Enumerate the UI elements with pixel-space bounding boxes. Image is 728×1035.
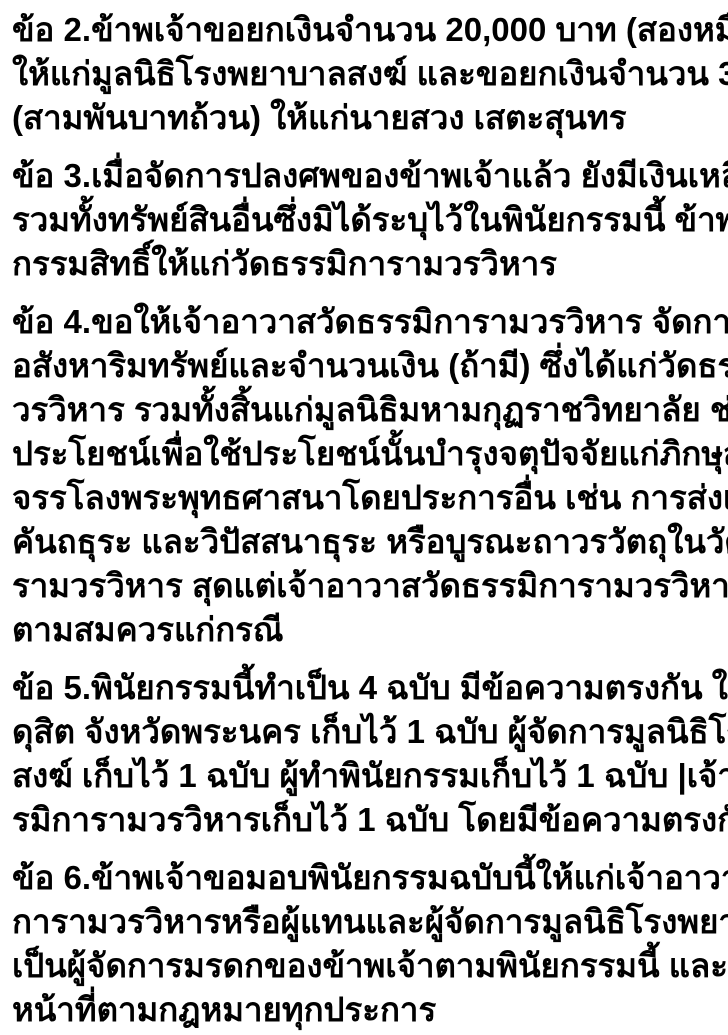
document-page: ข้อ 2.ข้าพเจ้าขอยกเงินจำนวน 20,000 บาท (… <box>0 0 728 1035</box>
text-line: ข้อ 3.เมื่อจัดการปลงศพของข้าพเจ้าแล้ว ยั… <box>12 154 724 198</box>
paragraph-clause-6: ข้อ 6.ข้าพเจ้าขอมอบพินัยกรรมฉบับนี้ให้แก… <box>12 856 724 1032</box>
text-line: ดุสิต จังหวัดพระนคร เก็บไว้ 1 ฉบับ ผู้จั… <box>12 710 724 754</box>
paragraph-clause-4: ข้อ 4.ขอให้เจ้าอาวาสวัดธรรมิการามวรวิหาร… <box>12 300 724 652</box>
text-line: ให้แก่มูลนิธิโรงพยาบาลสงฆ์ และขอยกเงินจำ… <box>12 52 724 96</box>
text-line: จรรโลงพระพุทธศาสนาโดยประการอื่น เช่น การ… <box>12 476 724 520</box>
text-line: ข้อ 5.พินัยกรรมนี้ทำเป็น 4 ฉบับ มีข้อควา… <box>12 666 724 710</box>
text-line: รวมทั้งทรัพย์สินอื่นซึ่งมิได้ระบุไว้ในพิ… <box>12 198 724 242</box>
text-line: รามวรวิหาร สุดแต่เจ้าอาวาสวัดธรรมิการามว… <box>12 564 724 608</box>
text-line: (สามพันบาทถ้วน) ให้แก่นายสวง เสตะสุนทร <box>12 96 724 140</box>
text-line: สงฆ์ เก็บไว้ 1 ฉบับ ผู้ทำพินัยกรรมเก็บไว… <box>12 754 724 798</box>
text-line: กรรมสิทธิ์ให้แก่วัดธรรมิการามวรวิหาร <box>12 242 724 286</box>
text-line: ข้อ 6.ข้าพเจ้าขอมอบพินัยกรรมฉบับนี้ให้แก… <box>12 856 724 900</box>
text-line: ข้อ 4.ขอให้เจ้าอาวาสวัดธรรมิการามวรวิหาร… <box>12 300 724 344</box>
text-line: อสังหาริมทรัพย์และจำนวนเงิน (ถ้ามี) ซึ่ง… <box>12 344 724 388</box>
paragraph-clause-3: ข้อ 3.เมื่อจัดการปลงศพของข้าพเจ้าแล้ว ยั… <box>12 154 724 286</box>
text-line: คันถธุระ และวิปัสสนาธุระ หรือบูรณะถาวรวั… <box>12 520 724 564</box>
text-line: ตามสมควรแก่กรณี <box>12 608 724 652</box>
text-line: วรวิหาร รวมทั้งสิ้นแก่มูลนิธิมหามกุฏราชว… <box>12 388 724 432</box>
paragraph-clause-2: ข้อ 2.ข้าพเจ้าขอยกเงินจำนวน 20,000 บาท (… <box>12 8 724 140</box>
text-line: หน้าที่ตามกฎหมายทุกประการ <box>12 988 724 1032</box>
paragraph-clause-5: ข้อ 5.พินัยกรรมนี้ทำเป็น 4 ฉบับ มีข้อควา… <box>12 666 724 842</box>
text-line: ข้อ 2.ข้าพเจ้าขอยกเงินจำนวน 20,000 บาท (… <box>12 8 724 52</box>
text-line: เป็นผู้จัดการมรดกของข้าพเจ้าตามพินัยกรรม… <box>12 944 724 988</box>
text-line: รมิการามวรวิหารเก็บไว้ 1 ฉบับ โดยมีข้อคว… <box>12 798 724 842</box>
text-line: ประโยชน์เพื่อใช้ประโยชน์นั้นบำรุงจตุปัจจ… <box>12 432 724 476</box>
text-line: การามวรวิหารหรือผู้แทนและผู้จัดการมูลนิธ… <box>12 900 724 944</box>
